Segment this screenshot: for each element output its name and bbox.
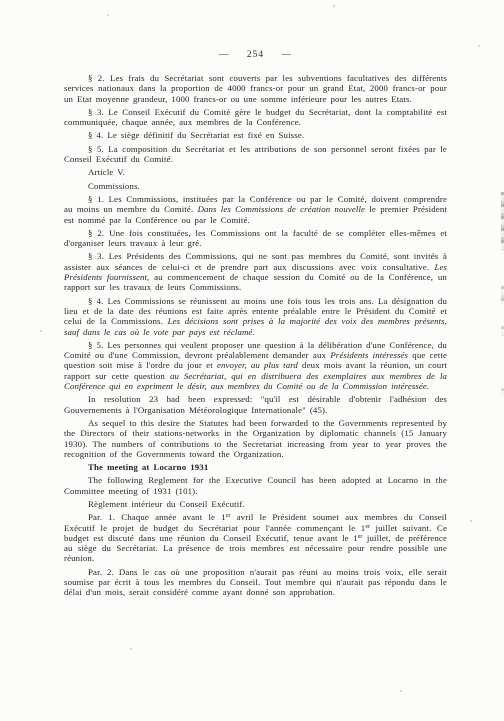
paragraph-sequel: As sequel to this desire the Statutes ha… <box>64 418 447 459</box>
paragraph-par2: Par. 2. Dans le cas où une proposition n… <box>64 567 447 598</box>
text-block: — 254 — § 2. Les frais du Secrétariat so… <box>64 50 447 601</box>
reglement-heading: Règlement intérieur du Conseil Exécutif. <box>64 499 447 509</box>
paragraph-sec2: § 2. Les frais du Secrétariat sont couve… <box>64 73 447 104</box>
paragraph-com4: § 4. Les Commissions se réunissent au mo… <box>64 296 447 337</box>
paragraph-com5: § 5. Les personnes qui veulent proposer … <box>64 340 447 391</box>
paragraph-com2: § 2. Une fois constituées, les Commissio… <box>64 228 447 249</box>
com3-roman-a: § 3. Les Présidents des Commissions, qui… <box>64 251 447 271</box>
com5-italic-2: envoyer, au plus tard <box>217 360 298 370</box>
meeting-heading: The meeting at Locarno 1931 <box>64 462 447 472</box>
scan-speck <box>333 5 335 7</box>
scan-speck <box>478 45 480 47</box>
paragraph-sec3: § 3. Le Conseil Exécutif du Comité gère … <box>64 107 447 128</box>
page-number: — 254 — <box>64 50 447 60</box>
scanned-document-page: — 254 — § 2. Les frais du Secrétariat so… <box>0 0 504 721</box>
scan-speck <box>40 330 42 332</box>
par1-roman-a: Par. 1. Chaque année avant le 1 <box>88 512 226 522</box>
paragraph-com3: § 3. Les Présidents des Commissions, qui… <box>64 251 447 292</box>
paragraph-meeting-intro: The following Reglement for the Executiv… <box>64 475 447 496</box>
paragraph-com1: § 1. Les Commissions, instituées par la … <box>64 194 447 225</box>
scan-speck <box>107 14 109 16</box>
scan-speck <box>130 648 132 650</box>
com1-italic: Dans les Commissions de création nouvell… <box>198 204 365 214</box>
scan-speck <box>400 690 402 692</box>
paragraph-resolution: In resolution 23 had been expressed: "qu… <box>64 394 447 415</box>
scan-speck <box>470 520 472 522</box>
paragraph-sec4: § 4. Le siège définitif du Secrétariat e… <box>64 130 447 140</box>
paragraph-par1: Par. 1. Chaque année avant le 1er avril … <box>64 512 447 563</box>
com5-italic-1: Présidents intéressés <box>330 350 408 360</box>
article-heading: Article V. <box>64 167 447 177</box>
paragraph-sec5: § 5. La composition du Secrétariat et le… <box>64 144 447 165</box>
article-subheading: Commissions. <box>64 181 447 191</box>
